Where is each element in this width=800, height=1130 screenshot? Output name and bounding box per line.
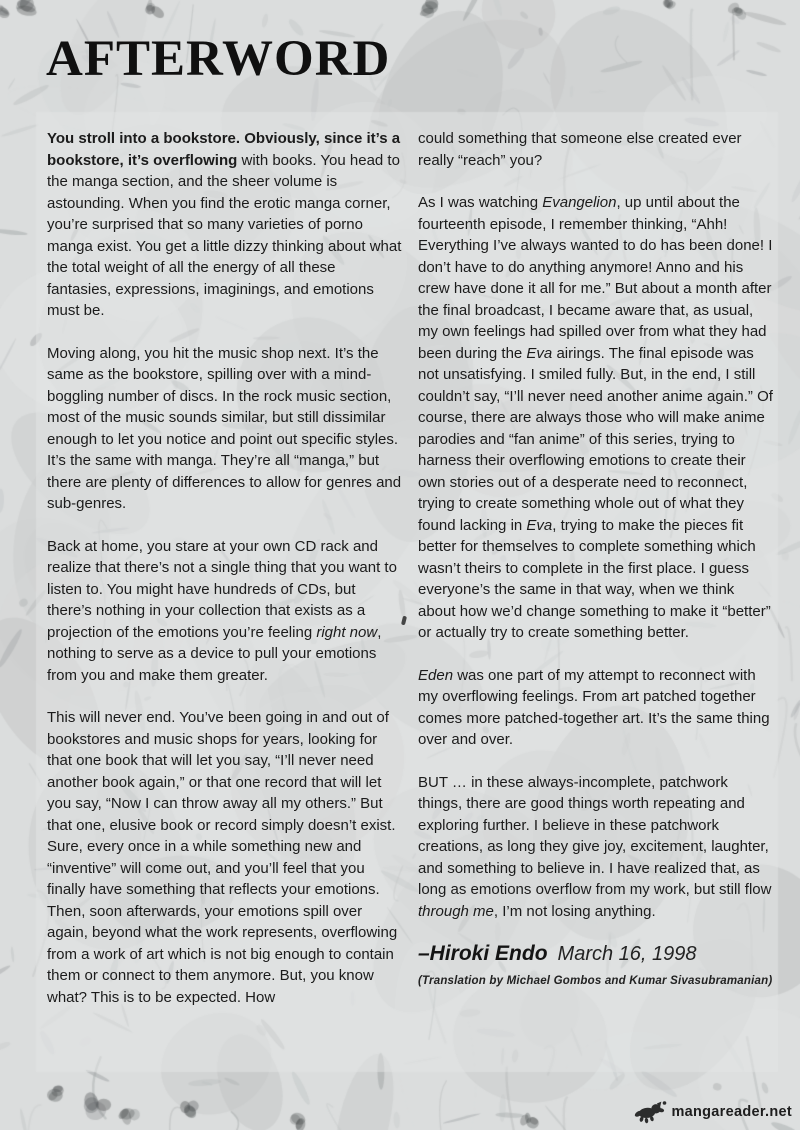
- paragraph: You stroll into a bookstore. Obviously, …: [47, 128, 402, 322]
- page-title: AFTERWORD: [46, 30, 390, 88]
- page-content: AFTERWORD You stroll into a bookstore. O…: [0, 0, 800, 1130]
- site-watermark: mangareader.net: [633, 1099, 792, 1125]
- body-text: airings. The final episode was not unsat…: [418, 345, 773, 534]
- body-text: , I’m not losing anything.: [494, 903, 656, 920]
- author-signature: –Hiroki EndoMarch 16, 1998: [418, 943, 773, 967]
- translation-credit: (Translation by Michael Gombos and Kumar…: [418, 971, 773, 993]
- paragraph: BUT … in these always-incomplete, patchw…: [418, 772, 773, 923]
- body-text: Moving along, you hit the music shop nex…: [47, 345, 401, 513]
- italic-text: right now: [316, 624, 377, 641]
- paragraph: As I was watching Evangelion, up until a…: [418, 192, 773, 644]
- italic-text: Eden: [418, 667, 453, 684]
- watermark-label: mangareader.net: [671, 1104, 792, 1120]
- body-text: BUT … in these always-incomplete, patchw…: [418, 774, 771, 899]
- manga-afterword-page[interactable]: AFTERWORD You stroll into a bookstore. O…: [0, 0, 800, 1130]
- body-text: , trying to make the pieces fit better f…: [418, 517, 771, 642]
- italic-text: Evangelion: [542, 194, 616, 211]
- left-text-column: You stroll into a bookstore. Obviously, …: [47, 128, 402, 1029]
- body-text: was one part of my attempt to reconnect …: [418, 667, 770, 749]
- right-text-column: could something that someone else create…: [418, 128, 773, 1029]
- italic-text: Eva: [526, 517, 552, 534]
- italic-text: through me: [418, 903, 494, 920]
- body-text: with books. You head to the manga sectio…: [47, 152, 401, 320]
- two-column-text: You stroll into a bookstore. Obviously, …: [47, 128, 774, 1029]
- paragraph: Moving along, you hit the music shop nex…: [47, 343, 402, 515]
- italic-text: Eva: [526, 345, 552, 362]
- author-name: –Hiroki Endo: [418, 942, 548, 965]
- body-text: , up until about the fourteenth episode,…: [418, 194, 772, 362]
- paragraph: This will never end. You’ve been going i…: [47, 707, 402, 1008]
- paragraph: Back at home, you stare at your own CD r…: [47, 536, 402, 687]
- paragraph: could something that someone else create…: [418, 128, 773, 171]
- body-text: could something that someone else create…: [418, 130, 742, 169]
- body-text: As I was watching: [418, 194, 542, 211]
- body-text: This will never end. You’ve been going i…: [47, 709, 397, 1006]
- dog-mascot-icon: [633, 1099, 669, 1125]
- paragraph: Eden was one part of my attempt to recon…: [418, 665, 773, 751]
- signature-date: March 16, 1998: [558, 943, 697, 965]
